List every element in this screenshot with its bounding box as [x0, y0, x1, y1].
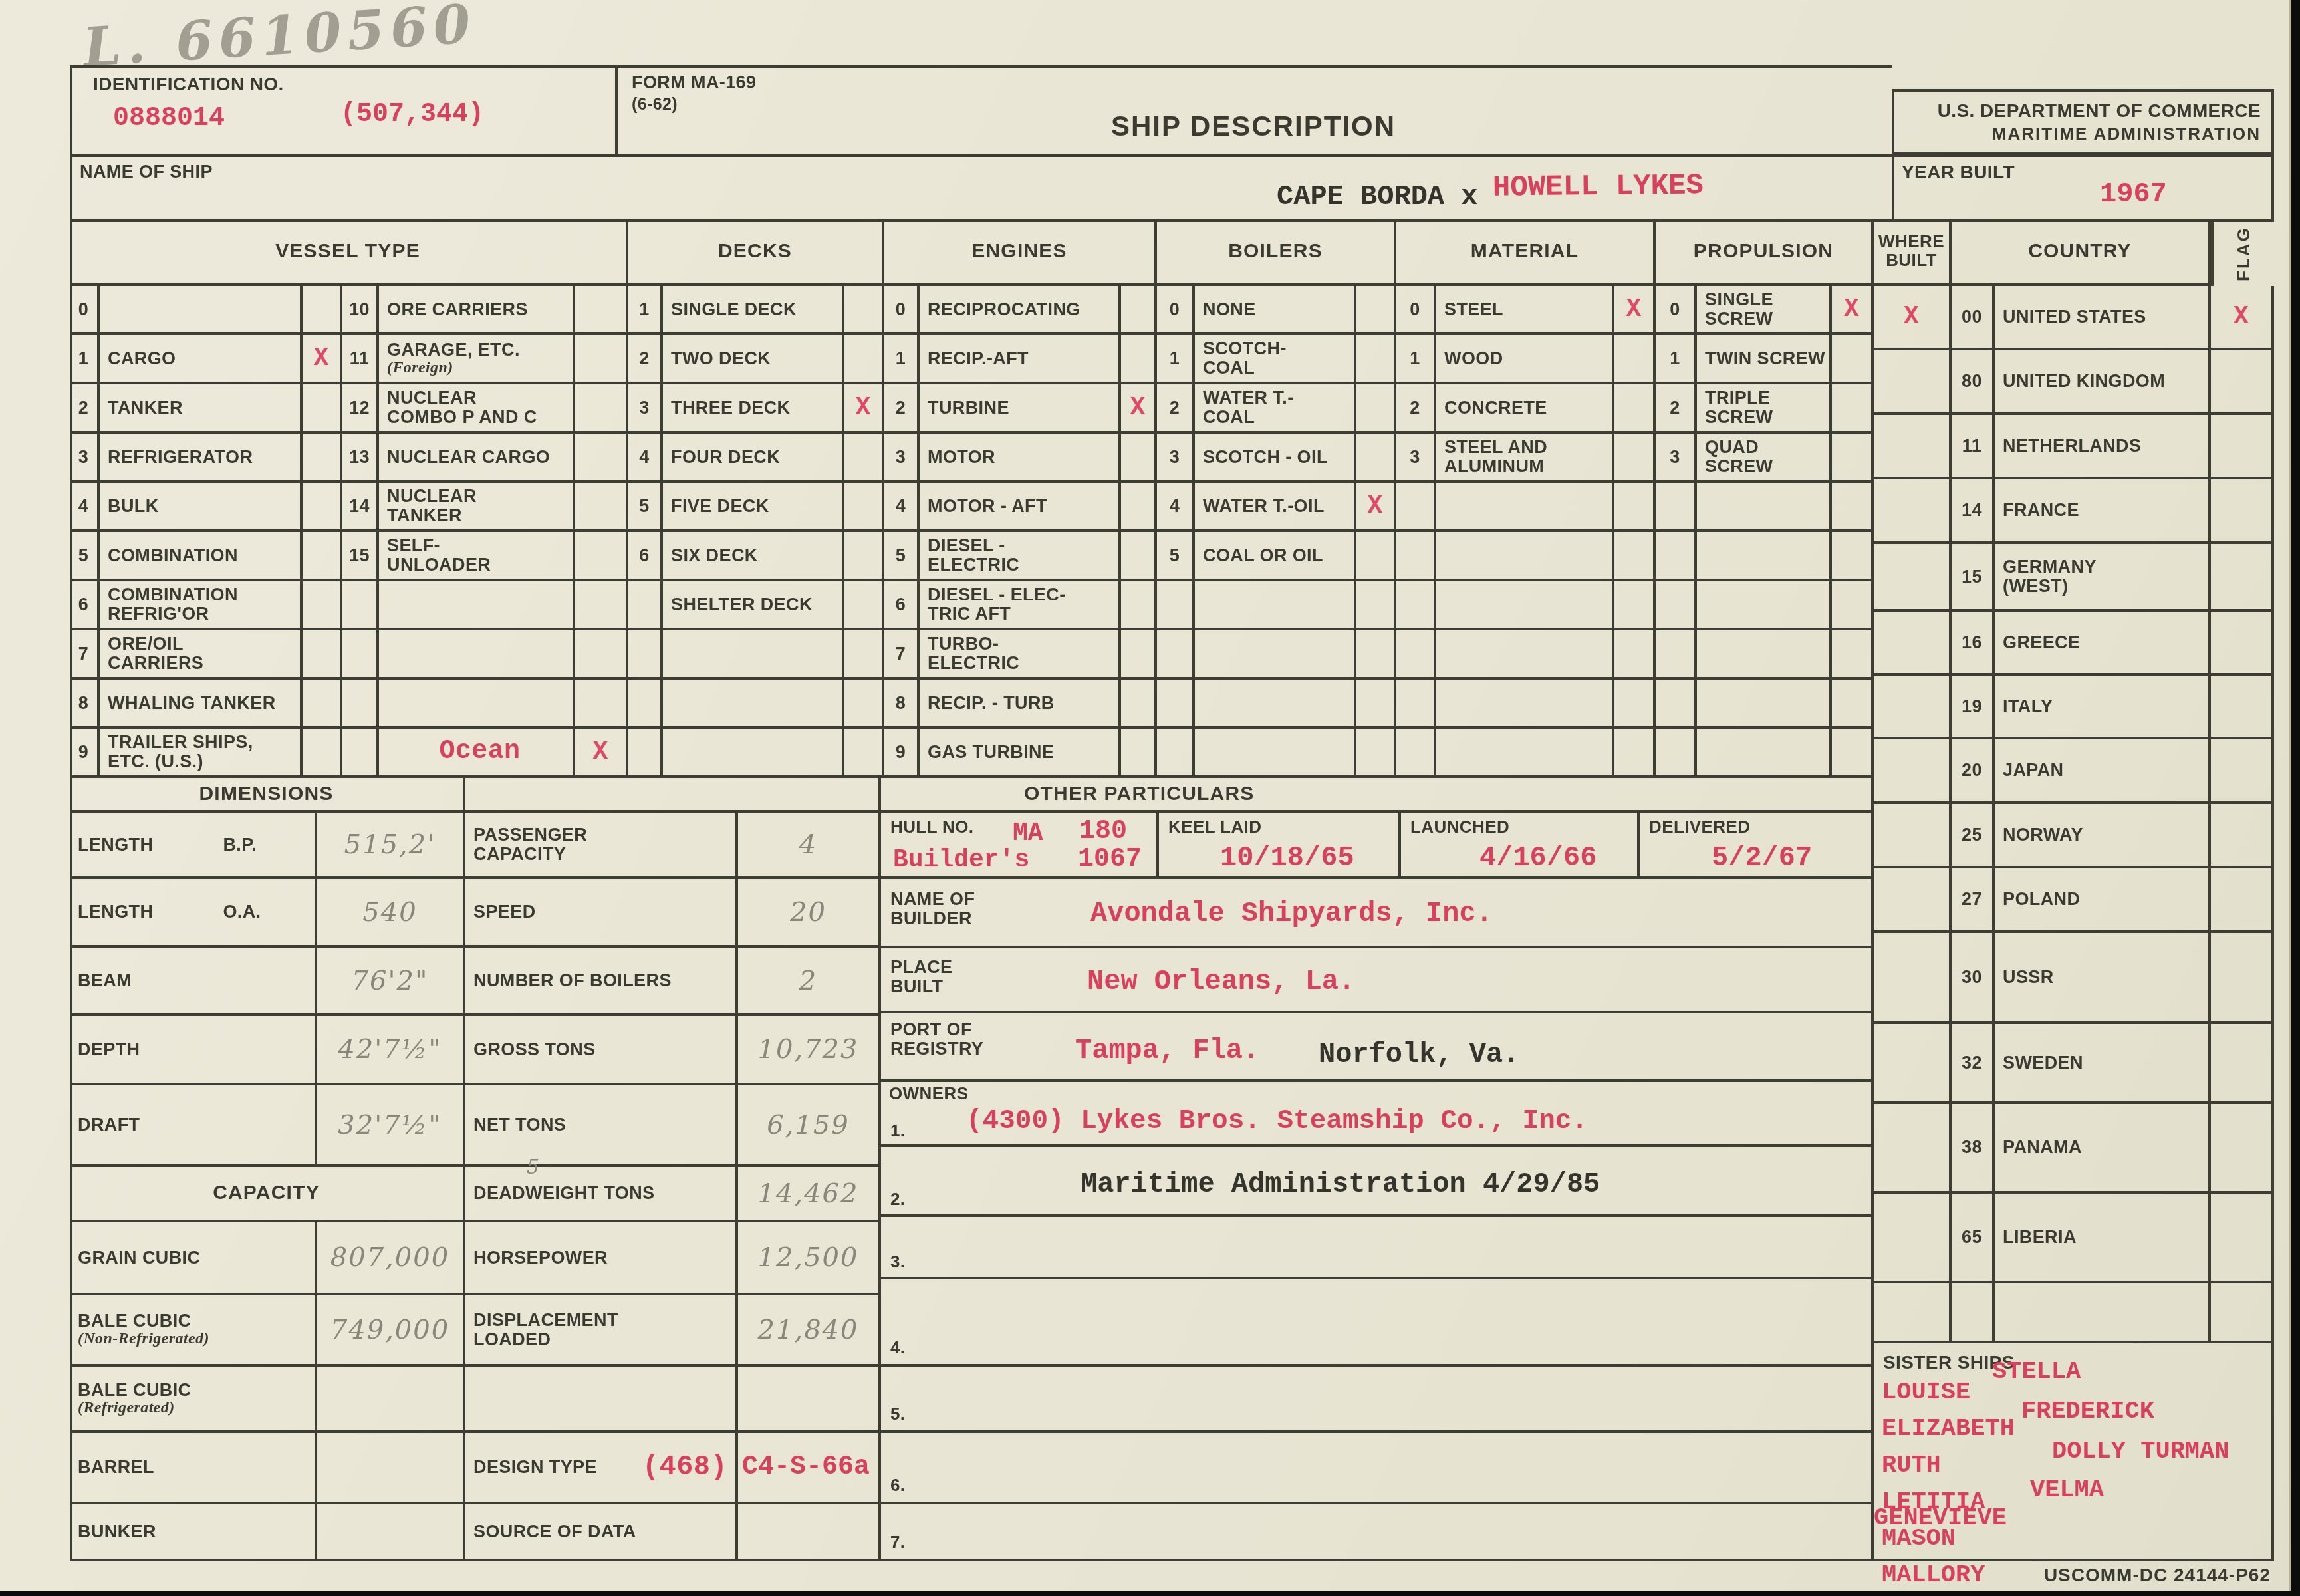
engines-check-cell: [1121, 286, 1157, 335]
vessel-label2-cell: [379, 581, 575, 630]
propulsion-check-cell: [1832, 532, 1874, 581]
owner-row-2: 2. Maritime Administration 4/29/85: [881, 1147, 1874, 1217]
boilers-check-cell: [1356, 680, 1396, 729]
gross-tons-label: GROSS TONS: [465, 1016, 738, 1085]
gross-tons-value: 10,723: [738, 1016, 881, 1085]
flag-check-cell: [2211, 933, 2274, 1024]
material-code-cell: [1396, 729, 1436, 778]
decks-label-cell: [663, 729, 844, 778]
material-code-cell: 1: [1396, 335, 1436, 384]
country-name-cell: [1995, 1283, 2211, 1343]
propulsion-check-cell: [1832, 335, 1874, 384]
keel-laid-cell: KEEL LAID 10/18/65: [1159, 813, 1401, 879]
boilers-label-cell: WATER T.-OIL: [1195, 483, 1356, 532]
outer-top-line: [70, 65, 1892, 68]
material-label-cell: [1436, 729, 1614, 778]
ship-name-former: CAPE BORDA x: [1277, 181, 1477, 213]
boilers-check-cell: [1356, 532, 1396, 581]
vessel-label2-cell: GARAGE, ETC.(Foreign): [379, 335, 575, 384]
country-name-cell: UNITED KINGDOM: [1995, 350, 2211, 415]
vessel-code-cell: 8: [70, 680, 100, 729]
engines-code-cell: 4: [884, 483, 920, 532]
propulsion-label-cell: [1697, 680, 1832, 729]
engines-check-cell: [1121, 483, 1157, 532]
owner-row-3: 3.: [881, 1217, 1874, 1279]
material-code-cell: [1396, 680, 1436, 729]
boilers-code-cell: 3: [1157, 434, 1195, 483]
grain-cubic-value: 807,000: [317, 1222, 465, 1295]
boilers-label-cell: NONE: [1195, 286, 1356, 335]
name-of-ship-label: NAME OF SHIP: [80, 162, 213, 182]
decks-label-cell: [663, 630, 844, 680]
bale-cubic-nr-label: BALE CUBIC(Non-Refrigerated): [70, 1295, 317, 1367]
propulsion-header: PROPULSION: [1656, 219, 1874, 286]
propulsion-check-cell: [1832, 680, 1874, 729]
country-code-cell: 27: [1952, 868, 1995, 933]
number-of-boilers-value: 2: [738, 948, 881, 1016]
depth-value: 42'7½": [317, 1016, 465, 1085]
barrel-value: [317, 1433, 465, 1504]
decks-check-cell: [844, 286, 884, 335]
decks-table: DECKS 1 SINGLE DECK 2 TWO DECK 3 THREE D…: [628, 219, 884, 778]
decks-check-cell: [844, 630, 884, 680]
flag-check-cell: [2211, 1283, 2274, 1343]
boilers-check-cell: [1356, 335, 1396, 384]
decks-label-cell: SINGLE DECK: [663, 286, 844, 335]
country-name-cell: GERMANY(WEST): [1995, 544, 2211, 612]
material-check-cell: X: [1614, 286, 1656, 335]
engines-check-cell: [1121, 630, 1157, 680]
vessel-label-cell: ORE/OILCARRIERS: [100, 630, 303, 680]
design-type-code: (468): [642, 1452, 727, 1482]
source-of-data-value: [738, 1504, 881, 1561]
vessel-check2-cell: [575, 680, 628, 729]
propulsion-label-cell: TRIPLESCREW: [1697, 384, 1832, 434]
vessel-label2-cell: NUCLEARCOMBO P AND C: [379, 384, 575, 434]
vessel-check2-cell: [575, 434, 628, 483]
flag-header: FLAG: [2211, 219, 2274, 286]
engines-code-cell: 0: [884, 286, 920, 335]
bunker-label: BUNKER: [70, 1504, 317, 1561]
length-oa-value: 540: [317, 879, 465, 948]
propulsion-label-cell: [1697, 630, 1832, 680]
material-code-cell: 2: [1396, 384, 1436, 434]
vessel-code-cell: 5: [70, 532, 100, 581]
paper-sheet: L. 6610560 IDENTIFICATION NO. 0888014 (5…: [0, 0, 2291, 1591]
decks-check-cell: [844, 680, 884, 729]
decks-check-cell: [844, 581, 884, 630]
propulsion-code-cell: [1656, 630, 1697, 680]
country-code-cell: 00: [1952, 286, 1995, 350]
engines-label-cell: RECIP.-AFT: [920, 335, 1121, 384]
where-built-check-cell: [1874, 612, 1952, 676]
passenger-capacity-value: 4: [738, 813, 881, 879]
port-of-registry-cell: PORT OFREGISTRY Tampa, Fla. Norfolk, Va.: [881, 1013, 1874, 1082]
propulsion-code-cell: 0: [1656, 286, 1697, 335]
engines-check-cell: [1121, 581, 1157, 630]
boilers-code-cell: [1157, 680, 1195, 729]
depth-label: DEPTH: [70, 1016, 317, 1085]
vessel-check-cell: X: [303, 335, 342, 384]
material-header: MATERIAL: [1396, 219, 1656, 286]
vessel-code2-cell: 11: [342, 335, 379, 384]
where-built-header: WHEREBUILT: [1874, 219, 1952, 286]
vessel-code-cell: 1: [70, 335, 100, 384]
vessel-label2-cell: NUCLEARTANKER: [379, 483, 575, 532]
propulsion-code-cell: [1656, 680, 1697, 729]
material-check-cell: [1614, 729, 1656, 778]
decks-code-cell: [628, 630, 663, 680]
agency-line1: U.S. DEPARTMENT OF COMMERCE: [1938, 101, 2261, 121]
boilers-check-cell: [1356, 581, 1396, 630]
boilers-check-cell: [1356, 729, 1396, 778]
decks-check-cell: [844, 532, 884, 581]
mid-empty-value-cell: [738, 1367, 881, 1433]
place-built-cell: PLACEBUILT New Orleans, La.: [881, 948, 1874, 1013]
boilers-code-cell: [1157, 729, 1195, 778]
propulsion-check-cell: [1832, 581, 1874, 630]
sister-ships-column-right: STELLAFREDERICKDOLLY TURMANVELMAGENEVIEV…: [1874, 1347, 2229, 1532]
decks-header: DECKS: [628, 219, 884, 286]
vessel-label2-cell: [379, 630, 575, 680]
vessel-check2-cell: [575, 630, 628, 680]
country-name-cell: POLAND: [1995, 868, 2211, 933]
engines-code-cell: 2: [884, 384, 920, 434]
sister-ship-name: STELLA: [1992, 1358, 2229, 1386]
vessel-label-cell: BULK: [100, 483, 303, 532]
boilers-check-cell: [1356, 434, 1396, 483]
vessel-code-cell: 4: [70, 483, 100, 532]
mid-empty-label-cell: [465, 1367, 738, 1433]
decks-check-cell: [844, 483, 884, 532]
bale-cubic-nr-value: 749,000: [317, 1295, 465, 1367]
decks-check-cell: X: [844, 384, 884, 434]
decks-code-cell: 1: [628, 286, 663, 335]
design-type-value: C4-S-66a: [738, 1433, 881, 1504]
decks-code-cell: 5: [628, 483, 663, 532]
engines-code-cell: 5: [884, 532, 920, 581]
vessel-check-cell: [303, 581, 342, 630]
vessel-code-cell: 3: [70, 434, 100, 483]
sister-ship-name: DOLLY TURMAN: [2052, 1438, 2229, 1466]
engines-check-cell: [1121, 680, 1157, 729]
propulsion-label-cell: [1697, 483, 1832, 532]
material-code-cell: 3: [1396, 434, 1436, 483]
material-label-cell: STEEL ANDALUMINUM: [1436, 434, 1614, 483]
country-name-cell: SWEDEN: [1995, 1024, 2211, 1104]
country-code-cell: 32: [1952, 1024, 1995, 1104]
country-name-cell: GREECE: [1995, 612, 2211, 676]
vessel-check-cell: [303, 483, 342, 532]
propulsion-code-cell: [1656, 532, 1697, 581]
boilers-check-cell: [1356, 630, 1396, 680]
delivered-cell: DELIVERED 5/2/67: [1640, 813, 1874, 879]
decks-label-cell: THREE DECK: [663, 384, 844, 434]
propulsion-code-cell: 2: [1656, 384, 1697, 434]
flag-check-cell: [2211, 1194, 2274, 1283]
sister-ships-box: SISTER SHIPS LOUISEELIZABETHRUTHLETITIAM…: [1874, 1343, 2274, 1561]
boilers-code-cell: 1: [1157, 335, 1195, 384]
engines-label-cell: MOTOR: [920, 434, 1121, 483]
boilers-code-cell: [1157, 630, 1195, 680]
mid-blank-strip: [465, 778, 881, 813]
where-built-check-cell: X: [1874, 286, 1952, 350]
vessel-code-cell: 9: [70, 729, 100, 778]
vessel-label2-cell: SELF-UNLOADER: [379, 532, 575, 581]
engines-label-cell: DIESEL - ELEC-TRIC AFT: [920, 581, 1121, 630]
engines-label-cell: TURBO-ELECTRIC: [920, 630, 1121, 680]
propulsion-label-cell: TWIN SCREW: [1697, 335, 1832, 384]
country-code-cell: [1952, 1283, 1995, 1343]
where-built-check-cell: [1874, 804, 1952, 868]
country-code-cell: 11: [1952, 415, 1995, 479]
where-built-check-cell: [1874, 350, 1952, 415]
material-label-cell: [1436, 680, 1614, 729]
vessel-check-cell: [303, 286, 342, 335]
year-built-value: 1967: [2100, 178, 2167, 210]
vessel-check2-cell: [575, 532, 628, 581]
country-name-cell: FRANCE: [1995, 479, 2211, 544]
vessel-code-cell: 6: [70, 581, 100, 630]
year-cell-divider: [1892, 154, 1894, 222]
design-type-label: DESIGN TYPE(468): [465, 1433, 738, 1504]
sister-ship-name: GENEVIEVE: [1874, 1504, 2229, 1532]
flag-check-cell: [2211, 868, 2274, 933]
material-check-cell: [1614, 483, 1656, 532]
vessel-code2-cell: [342, 630, 379, 680]
owner-row-4: 4.: [881, 1279, 1874, 1367]
dimensions-capacity-section: DIMENSIONS LENGTHB.P. 515,2' LENGTHO.A. …: [70, 778, 465, 1561]
propulsion-code-cell: [1656, 581, 1697, 630]
country-name-cell: JAPAN: [1995, 739, 2211, 804]
boilers-label-cell: [1195, 581, 1356, 630]
length-bp-value: 515,2': [317, 813, 465, 879]
identification-label: IDENTIFICATION NO.: [93, 74, 284, 94]
horsepower-value: 12,500: [738, 1222, 881, 1295]
net-tons-label: NET TONS: [465, 1085, 738, 1167]
material-label-cell: CONCRETE: [1436, 384, 1614, 434]
flag-check-cell: [2211, 479, 2274, 544]
where-built-check-cell: [1874, 868, 1952, 933]
material-table: MATERIAL 0 STEEL X 1 WOOD 2 CONCRETE 3 S…: [1396, 219, 1656, 778]
country-name-cell: LIBERIA: [1995, 1194, 2211, 1283]
country-code-cell: 15: [1952, 544, 1995, 612]
flag-check-cell: [2211, 1024, 2274, 1104]
decks-code-cell: 2: [628, 335, 663, 384]
engines-check-cell: [1121, 532, 1157, 581]
barrel-label: BARREL: [70, 1433, 317, 1504]
country-code-cell: 19: [1952, 676, 1995, 739]
other-particulars-section: OTHER PARTICULARS HULL NO. MA 180 Builde…: [881, 778, 1874, 1561]
where-built-check-cell: [1874, 1283, 1952, 1343]
print-code: USCOMM-DC 24144-P62: [2008, 1565, 2271, 1585]
where-built-check-cell: [1874, 676, 1952, 739]
nameband-right-line: [2271, 154, 2274, 222]
length-bp-label: LENGTHB.P.: [70, 813, 317, 879]
country-code-cell: 20: [1952, 739, 1995, 804]
owner-row-5: 5.: [881, 1367, 1874, 1433]
vessel-code2-cell: [342, 680, 379, 729]
vessel-label-cell: COMBINATION: [100, 532, 303, 581]
engines-label-cell: RECIP. - TURB: [920, 680, 1121, 729]
beam-value: 76'2": [317, 948, 465, 1016]
propulsion-check-cell: [1832, 483, 1874, 532]
vessel-type-table: VESSEL TYPE 0 10 ORE CARRIERS 1 CARGO X …: [70, 219, 628, 778]
vessel-check-cell: [303, 532, 342, 581]
propulsion-label-cell: [1697, 532, 1832, 581]
ship-name-stamp: HOWELL LYKES: [1493, 169, 1704, 204]
material-check-cell: [1614, 581, 1656, 630]
vessel-label-cell: COMBINATIONREFRIG'OR: [100, 581, 303, 630]
material-label-cell: STEEL: [1436, 286, 1614, 335]
propulsion-code-cell: [1656, 729, 1697, 778]
where-built-check-cell: [1874, 1104, 1952, 1194]
boilers-code-cell: 4: [1157, 483, 1195, 532]
other-particulars-header: OTHER PARTICULARS: [881, 778, 1874, 813]
where-built-check-cell: [1874, 1194, 1952, 1283]
owner-row-1: OWNERS 1. (4300) Lykes Bros. Steamship C…: [881, 1082, 1874, 1147]
vessel-code2-cell: 14: [342, 483, 379, 532]
boilers-check-cell: X: [1356, 483, 1396, 532]
horsepower-label: HORSEPOWER: [465, 1222, 738, 1295]
band-line-232: [70, 154, 2274, 157]
country-code-cell: 30: [1952, 933, 1995, 1024]
displacement-loaded-value: 21,840: [738, 1295, 881, 1367]
passenger-capacity-label: PASSENGERCAPACITY: [465, 813, 738, 879]
decks-code-cell: [628, 581, 663, 630]
material-label-cell: [1436, 630, 1614, 680]
material-check-cell: [1614, 630, 1656, 680]
launched-cell: LAUNCHED 4/16/66: [1401, 813, 1640, 879]
propulsion-check-cell: X: [1832, 286, 1874, 335]
country-code-cell: 65: [1952, 1194, 1995, 1283]
where-built-check-cell: [1874, 479, 1952, 544]
boilers-header: BOILERS: [1157, 219, 1396, 286]
boilers-label-cell: SCOTCH - OIL: [1195, 434, 1356, 483]
propulsion-check-cell: [1832, 434, 1874, 483]
where-built-check-cell: [1874, 544, 1952, 612]
vessel-label2-cell: NUCLEAR CARGO: [379, 434, 575, 483]
vessel-code2-cell: 12: [342, 384, 379, 434]
vessel-check-cell: [303, 729, 342, 778]
boilers-check-cell: [1356, 286, 1396, 335]
propulsion-check-cell: [1832, 384, 1874, 434]
deadweight-tons-label: DEADWEIGHT TONS: [465, 1167, 738, 1222]
propulsion-label-cell: SINGLE SCREW: [1697, 286, 1832, 335]
decks-code-cell: 6: [628, 532, 663, 581]
vessel-code-cell: 2: [70, 384, 100, 434]
form-number: FORM MA-169: [632, 73, 756, 92]
vessel-check2-cell: [575, 286, 628, 335]
material-check-cell: [1614, 335, 1656, 384]
where-built-check-cell: [1874, 415, 1952, 479]
engines-code-cell: 3: [884, 434, 920, 483]
decks-check-cell: [844, 434, 884, 483]
country-code-cell: 80: [1952, 350, 1995, 415]
bale-cubic-r-label: BALE CUBIC(Refrigerated): [70, 1367, 317, 1433]
country-name-cell: USSR: [1995, 933, 2211, 1024]
engines-label-cell: DIESEL -ELECTRIC: [920, 532, 1121, 581]
country-name-cell: PANAMA: [1995, 1104, 2211, 1194]
country-name-cell: UNITED STATES: [1995, 286, 2211, 350]
country-code-cell: 16: [1952, 612, 1995, 676]
propulsion-code-cell: 3: [1656, 434, 1697, 483]
vessel-label2-cell: ORE CARRIERS: [379, 286, 575, 335]
vessel-code2-cell: 10: [342, 286, 379, 335]
country-name-cell: NORWAY: [1995, 804, 2211, 868]
pencil-note: 5: [527, 1156, 541, 1179]
decks-label-cell: [663, 680, 844, 729]
grain-cubic-label: GRAIN CUBIC: [70, 1222, 317, 1295]
flag-check-cell: [2211, 676, 2274, 739]
material-label-cell: [1436, 483, 1614, 532]
engines-header: ENGINES: [884, 219, 1157, 286]
engines-label-cell: TURBINE: [920, 384, 1121, 434]
boilers-label-cell: [1195, 680, 1356, 729]
propulsion-table: PROPULSION 0 SINGLE SCREW X 1 TWIN SCREW…: [1656, 219, 1874, 778]
boilers-check-cell: [1356, 384, 1396, 434]
sister-ship-name: MALLORY: [1882, 1561, 2015, 1589]
bale-cubic-r-value: [317, 1367, 465, 1433]
engines-code-cell: 9: [884, 729, 920, 778]
vessel-label-cell: [100, 286, 303, 335]
owner-row-7: 7.: [881, 1504, 1874, 1561]
vessel-check-cell: [303, 680, 342, 729]
vessel-check-cell: [303, 434, 342, 483]
where-built-check-cell: [1874, 1024, 1952, 1104]
engines-check-cell: [1121, 729, 1157, 778]
vessel-code2-cell: [342, 581, 379, 630]
decks-label-cell: SIX DECK: [663, 532, 844, 581]
propulsion-code-cell: [1656, 483, 1697, 532]
vessel-check-cell: [303, 630, 342, 680]
vessel-label-cell: WHALING TANKER: [100, 680, 303, 729]
vessel-check2-cell: [575, 483, 628, 532]
country-code-cell: 38: [1952, 1104, 1995, 1194]
country-table: WHEREBUILT COUNTRY FLAG X 00 UNITED STAT…: [1874, 219, 2274, 1343]
flag-check-cell: [2211, 739, 2274, 804]
engines-code-cell: 1: [884, 335, 920, 384]
material-check-cell: [1614, 680, 1656, 729]
name-of-builder-cell: NAME OFBUILDER Avondale Shipyards, Inc.: [881, 879, 1874, 948]
boilers-code-cell: 5: [1157, 532, 1195, 581]
vessel-code-cell: 7: [70, 630, 100, 680]
vessel-label2-cell: [379, 680, 575, 729]
propulsion-label-cell: [1697, 581, 1832, 630]
where-built-check-cell: [1874, 933, 1952, 1024]
identification-value: 0888014: [113, 104, 225, 134]
propulsion-check-cell: [1832, 729, 1874, 778]
boilers-code-cell: 0: [1157, 286, 1195, 335]
decks-label-cell: SHELTER DECK: [663, 581, 844, 630]
material-code-cell: [1396, 483, 1436, 532]
id-cell-divider: [615, 65, 618, 157]
engines-code-cell: 8: [884, 680, 920, 729]
sister-ship-name: FREDERICK: [2021, 1398, 2229, 1426]
boilers-label-cell: [1195, 729, 1356, 778]
capacity-header: CAPACITY: [70, 1167, 465, 1222]
engines-label-cell: GAS TURBINE: [920, 729, 1121, 778]
decks-code-cell: 4: [628, 434, 663, 483]
decks-label-cell: FOUR DECK: [663, 434, 844, 483]
hull-no-cell: HULL NO. MA 180 Builder's 1067: [881, 813, 1159, 879]
vessel-label-cell: TANKER: [100, 384, 303, 434]
decks-code-cell: [628, 680, 663, 729]
vessel-check2-cell: [575, 581, 628, 630]
country-name-cell: ITALY: [1995, 676, 2211, 739]
agency-line2: MARITIME ADMINISTRATION: [1992, 125, 2261, 144]
dimensions-header: DIMENSIONS: [70, 778, 465, 813]
